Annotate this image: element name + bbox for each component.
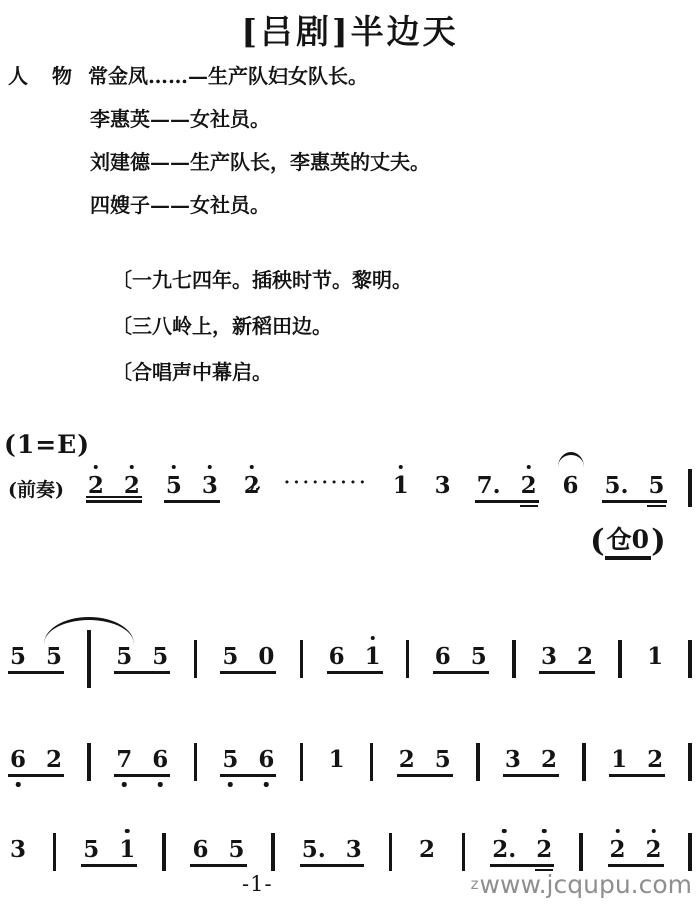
- note-group: 2.2: [490, 838, 554, 867]
- note: 6: [152, 748, 168, 771]
- augmentation-dot: .: [493, 472, 501, 499]
- note: 5: [471, 645, 487, 668]
- note-group: 22: [608, 838, 664, 867]
- character-row: 刘建德——生产队长，李惠英的丈夫。: [90, 146, 430, 189]
- note: 1: [393, 474, 409, 497]
- note-row: 3: [10, 838, 26, 861]
- note-number: 3: [435, 472, 451, 499]
- octave-dot-low: [122, 782, 127, 787]
- note-row: 2: [419, 838, 435, 861]
- character-item: 刘建德——生产队长，李惠英的丈夫。: [90, 146, 430, 175]
- octave-dot-high: [526, 465, 531, 470]
- note-row: 32: [505, 748, 557, 771]
- note-row: 5.3: [302, 838, 362, 861]
- note-row: 55: [116, 645, 168, 668]
- note: 1: [647, 645, 663, 668]
- music-line-4: 351655.322.222: [8, 830, 692, 874]
- octave-dot-low: [264, 782, 269, 787]
- augmentation-dot: .: [508, 836, 516, 863]
- note-group: 61: [327, 645, 383, 674]
- stage-directions: 〔一九七四年。插秧时节。黎明。 〔三八岭上，新稻田边。 〔合唱声中幕启。: [112, 264, 412, 402]
- note-number: 1: [329, 746, 345, 773]
- note-row: 1: [393, 474, 409, 497]
- note: 3: [202, 474, 218, 497]
- note-group: 53: [164, 474, 220, 503]
- note-number: 1: [611, 746, 627, 773]
- note-group: 6: [561, 474, 581, 503]
- note-number: 6: [10, 746, 26, 773]
- note-group: 50: [220, 645, 276, 674]
- note-group: 55: [114, 645, 170, 674]
- note-number: 2: [610, 836, 626, 863]
- second-underline: [520, 505, 538, 508]
- note-group: 7.2: [475, 474, 539, 503]
- note-number: 3: [10, 836, 26, 863]
- stage-direction-line: 〔三八岭上，新稻田边。: [112, 310, 412, 356]
- barline: [300, 640, 304, 678]
- note-group: 25: [397, 748, 453, 777]
- augmentation-dot: .: [318, 836, 326, 863]
- character-list-label: 人 物: [8, 60, 74, 89]
- note: 6: [329, 645, 345, 668]
- note-row: 3: [435, 474, 451, 497]
- note-number: 2: [647, 746, 663, 773]
- note-number: 3: [541, 643, 557, 670]
- note-number: 7: [116, 746, 132, 773]
- barline: [618, 640, 622, 678]
- note-group: 32: [503, 748, 559, 777]
- note-group: 3: [433, 474, 453, 503]
- note-number: 6: [152, 746, 168, 773]
- note: 3: [505, 748, 521, 771]
- note-row: 7.2: [477, 474, 537, 497]
- note-row: 5.5: [604, 474, 664, 497]
- barline: [462, 833, 466, 871]
- percussion-text: 仓0: [605, 525, 651, 560]
- note-row: 32: [541, 645, 593, 668]
- note-group: 5.5: [602, 474, 666, 503]
- note: 2: [610, 838, 626, 861]
- octave-dot-high: [208, 465, 213, 470]
- sheet-music-page: { "page": { "title": "[吕剧]半边天", "footer"…: [0, 0, 700, 912]
- note-number: 6: [435, 643, 451, 670]
- note: 5: [222, 645, 238, 668]
- stage-direction-line: 〔合唱声中幕启。: [112, 356, 412, 402]
- note: 5.: [604, 474, 628, 497]
- note-number: 5: [435, 746, 451, 773]
- note-row: 12: [611, 748, 663, 771]
- note-number: 2: [88, 472, 104, 499]
- note-number: 2: [646, 836, 662, 863]
- note-number: 6: [258, 746, 274, 773]
- note-number: 5: [302, 836, 318, 863]
- note: 5: [83, 838, 99, 861]
- octave-dot-high: [651, 829, 656, 834]
- octave-dot-low: [16, 782, 21, 787]
- note: 2: [647, 748, 663, 771]
- barline: [688, 469, 692, 507]
- note-number: 2: [419, 836, 435, 863]
- note-group: 3: [8, 838, 28, 867]
- note: 5: [116, 645, 132, 668]
- note: 2: [399, 748, 415, 771]
- note-row: 55: [10, 645, 62, 668]
- octave-dot-high: [172, 465, 177, 470]
- note: 6: [435, 645, 451, 668]
- note-row: 56: [222, 748, 274, 771]
- note-row: 1: [329, 748, 345, 771]
- note: 1: [119, 838, 135, 861]
- note-number: 2: [541, 746, 557, 773]
- note-number: 2: [399, 746, 415, 773]
- note-row: 2.2: [492, 838, 552, 861]
- note: 6: [258, 748, 274, 771]
- music-line-2: 5555506165321: [8, 637, 692, 681]
- note-group: 32: [539, 645, 595, 674]
- note: 5: [152, 645, 168, 668]
- note-group: 1: [327, 748, 347, 777]
- note-row: 22: [88, 474, 140, 497]
- note: 7.: [477, 474, 501, 497]
- note-row: 6: [563, 474, 579, 497]
- barline: [53, 833, 57, 871]
- octave-dot-high: [502, 829, 507, 834]
- note-number: 5: [10, 643, 26, 670]
- note-row: 61: [329, 645, 381, 668]
- note-row: 53: [166, 474, 218, 497]
- note-row: 51: [83, 838, 135, 861]
- note: 2: [521, 474, 537, 497]
- barline: [271, 833, 275, 871]
- note-number: 3: [202, 472, 218, 499]
- note: 2: [419, 838, 435, 861]
- note-number: 5: [83, 836, 99, 863]
- barline: [194, 743, 198, 781]
- barline: [688, 640, 692, 678]
- note-number: 1: [365, 643, 381, 670]
- slur-arc: [44, 617, 134, 644]
- note-row: 76: [116, 748, 168, 771]
- note-number: 2: [46, 746, 62, 773]
- note: 2: [88, 474, 104, 497]
- note-number: 3: [505, 746, 521, 773]
- note: 5: [166, 474, 182, 497]
- note-number: 5: [166, 472, 182, 499]
- note-number: 2: [521, 472, 537, 499]
- page-title: [吕剧]半边天: [0, 6, 700, 53]
- note: 5: [46, 645, 62, 668]
- note-number: 5: [46, 643, 62, 670]
- note-number: 1: [647, 643, 663, 670]
- note-number: 1: [119, 836, 135, 863]
- note-group: 65: [190, 838, 246, 867]
- character-item: 李惠英——女社员。: [90, 103, 270, 132]
- note: 2: [541, 748, 557, 771]
- note-number: 5: [222, 643, 238, 670]
- augmentation-dot: .: [620, 472, 628, 499]
- watermark-text: www.jcqupu.com: [480, 870, 692, 899]
- second-underline: [647, 505, 665, 508]
- note: 2.: [492, 838, 516, 861]
- note-number: 5: [229, 836, 245, 863]
- note-number: 1: [393, 472, 409, 499]
- note: 2: [536, 838, 552, 861]
- note: 3: [541, 645, 557, 668]
- percussion-paren-close: ): [651, 523, 666, 559]
- barline: [582, 743, 586, 781]
- character-item: 常金凤……—生产队妇女队长。: [88, 60, 368, 89]
- note-number: 2: [536, 836, 552, 863]
- barline: [162, 833, 166, 871]
- character-item: 四嫂子——女社员。: [90, 189, 270, 218]
- note-group: 2: [417, 838, 437, 867]
- barline: [688, 743, 692, 781]
- character-list: 人 物 常金凤……—生产队妇女队长。 李惠英——女社员。 刘建德——生产队长，李…: [8, 60, 430, 232]
- barline: [87, 743, 91, 781]
- note: 5: [229, 838, 245, 861]
- octave-dot-high: [250, 465, 255, 470]
- fermata-icon: [558, 452, 584, 467]
- note: 5: [435, 748, 451, 771]
- watermark-mark: z: [471, 875, 479, 893]
- octave-dot-high: [542, 829, 547, 834]
- note-row: 65: [435, 645, 487, 668]
- note-number: 2: [492, 836, 508, 863]
- note-group: 55: [8, 645, 64, 674]
- note: 2: [46, 748, 62, 771]
- octave-dot-low: [158, 782, 163, 787]
- note-group: 22: [86, 474, 142, 503]
- note-row: 25: [399, 748, 451, 771]
- note-group: 5.3: [300, 838, 364, 867]
- barline: [389, 833, 393, 871]
- note-number: 6: [329, 643, 345, 670]
- note-row: 22: [610, 838, 662, 861]
- note-number: 2: [577, 643, 593, 670]
- page-number: -1-: [242, 872, 273, 896]
- character-row: 李惠英——女社员。: [90, 103, 430, 146]
- music-line-prelude: (前奏)22532,,·········137.265.5: [8, 466, 692, 510]
- note-number: 6: [563, 472, 579, 499]
- note: 3: [346, 838, 362, 861]
- note-number: 2: [124, 472, 140, 499]
- note-number: 0: [258, 643, 274, 670]
- ornament-mark: ,,: [250, 475, 262, 493]
- note-row: 1: [647, 645, 663, 668]
- barline: [579, 833, 583, 871]
- note: 6: [192, 838, 208, 861]
- note-number: 5: [116, 643, 132, 670]
- note-row: 62: [10, 748, 62, 771]
- note-group: 51: [81, 838, 137, 867]
- note: 5.: [302, 838, 326, 861]
- note: 7: [116, 748, 132, 771]
- note: 5: [10, 645, 26, 668]
- note-number: 5: [471, 643, 487, 670]
- note: 5: [222, 748, 238, 771]
- barline: [194, 640, 198, 678]
- music-line-3: 6276561253212: [8, 740, 692, 784]
- note-number: 5: [648, 472, 664, 499]
- note: 2: [124, 474, 140, 497]
- note-group: 76: [114, 748, 170, 777]
- note-row: 50: [222, 645, 274, 668]
- key-signature: (1=E): [4, 430, 90, 459]
- character-row: 人 物 常金凤……—生产队妇女队长。: [8, 60, 430, 103]
- note-group: 62: [8, 748, 64, 777]
- octave-dot-high: [398, 465, 403, 470]
- note-group: 56: [220, 748, 276, 777]
- note: 5: [648, 474, 664, 497]
- note-group: 12: [609, 748, 665, 777]
- percussion-paren-open: (: [590, 523, 605, 559]
- note: 1: [329, 748, 345, 771]
- watermark: zwww.jcqupu.com: [471, 870, 692, 899]
- note: 3: [435, 474, 451, 497]
- barline: [512, 640, 516, 678]
- note-number: 7: [477, 472, 493, 499]
- barline: [688, 833, 692, 871]
- note: 6: [563, 474, 579, 497]
- note-row: 65: [192, 838, 244, 861]
- octave-dot-high: [125, 829, 130, 834]
- barline: [300, 743, 304, 781]
- note: 0: [258, 645, 274, 668]
- note: 3: [10, 838, 26, 861]
- octave-dot-high: [615, 829, 620, 834]
- note-number: 6: [192, 836, 208, 863]
- note-group: 1: [391, 474, 411, 503]
- octave-dot-low: [228, 782, 233, 787]
- continuation-dots: ·········: [284, 473, 369, 493]
- note: 6: [10, 748, 26, 771]
- note-number: 3: [346, 836, 362, 863]
- note: 1: [611, 748, 627, 771]
- barline: [87, 630, 91, 688]
- note-number: 5: [604, 472, 620, 499]
- prelude-label: (前奏): [8, 475, 64, 502]
- barline: [406, 640, 410, 678]
- note-number: 5: [152, 643, 168, 670]
- note-number: 5: [222, 746, 238, 773]
- octave-dot-high: [94, 465, 99, 470]
- note-group: 1: [645, 645, 665, 674]
- octave-dot-high: [130, 465, 135, 470]
- note: 1: [365, 645, 381, 668]
- octave-dot-high: [370, 636, 375, 641]
- note-group: 65: [433, 645, 489, 674]
- note: 2: [646, 838, 662, 861]
- barline: [370, 743, 374, 781]
- stage-direction-line: 〔一九七四年。插秧时节。黎明。: [112, 264, 412, 310]
- note: 2: [577, 645, 593, 668]
- character-row: 四嫂子——女社员。: [90, 189, 430, 232]
- percussion-marking: (仓0): [590, 520, 666, 559]
- barline: [476, 743, 480, 781]
